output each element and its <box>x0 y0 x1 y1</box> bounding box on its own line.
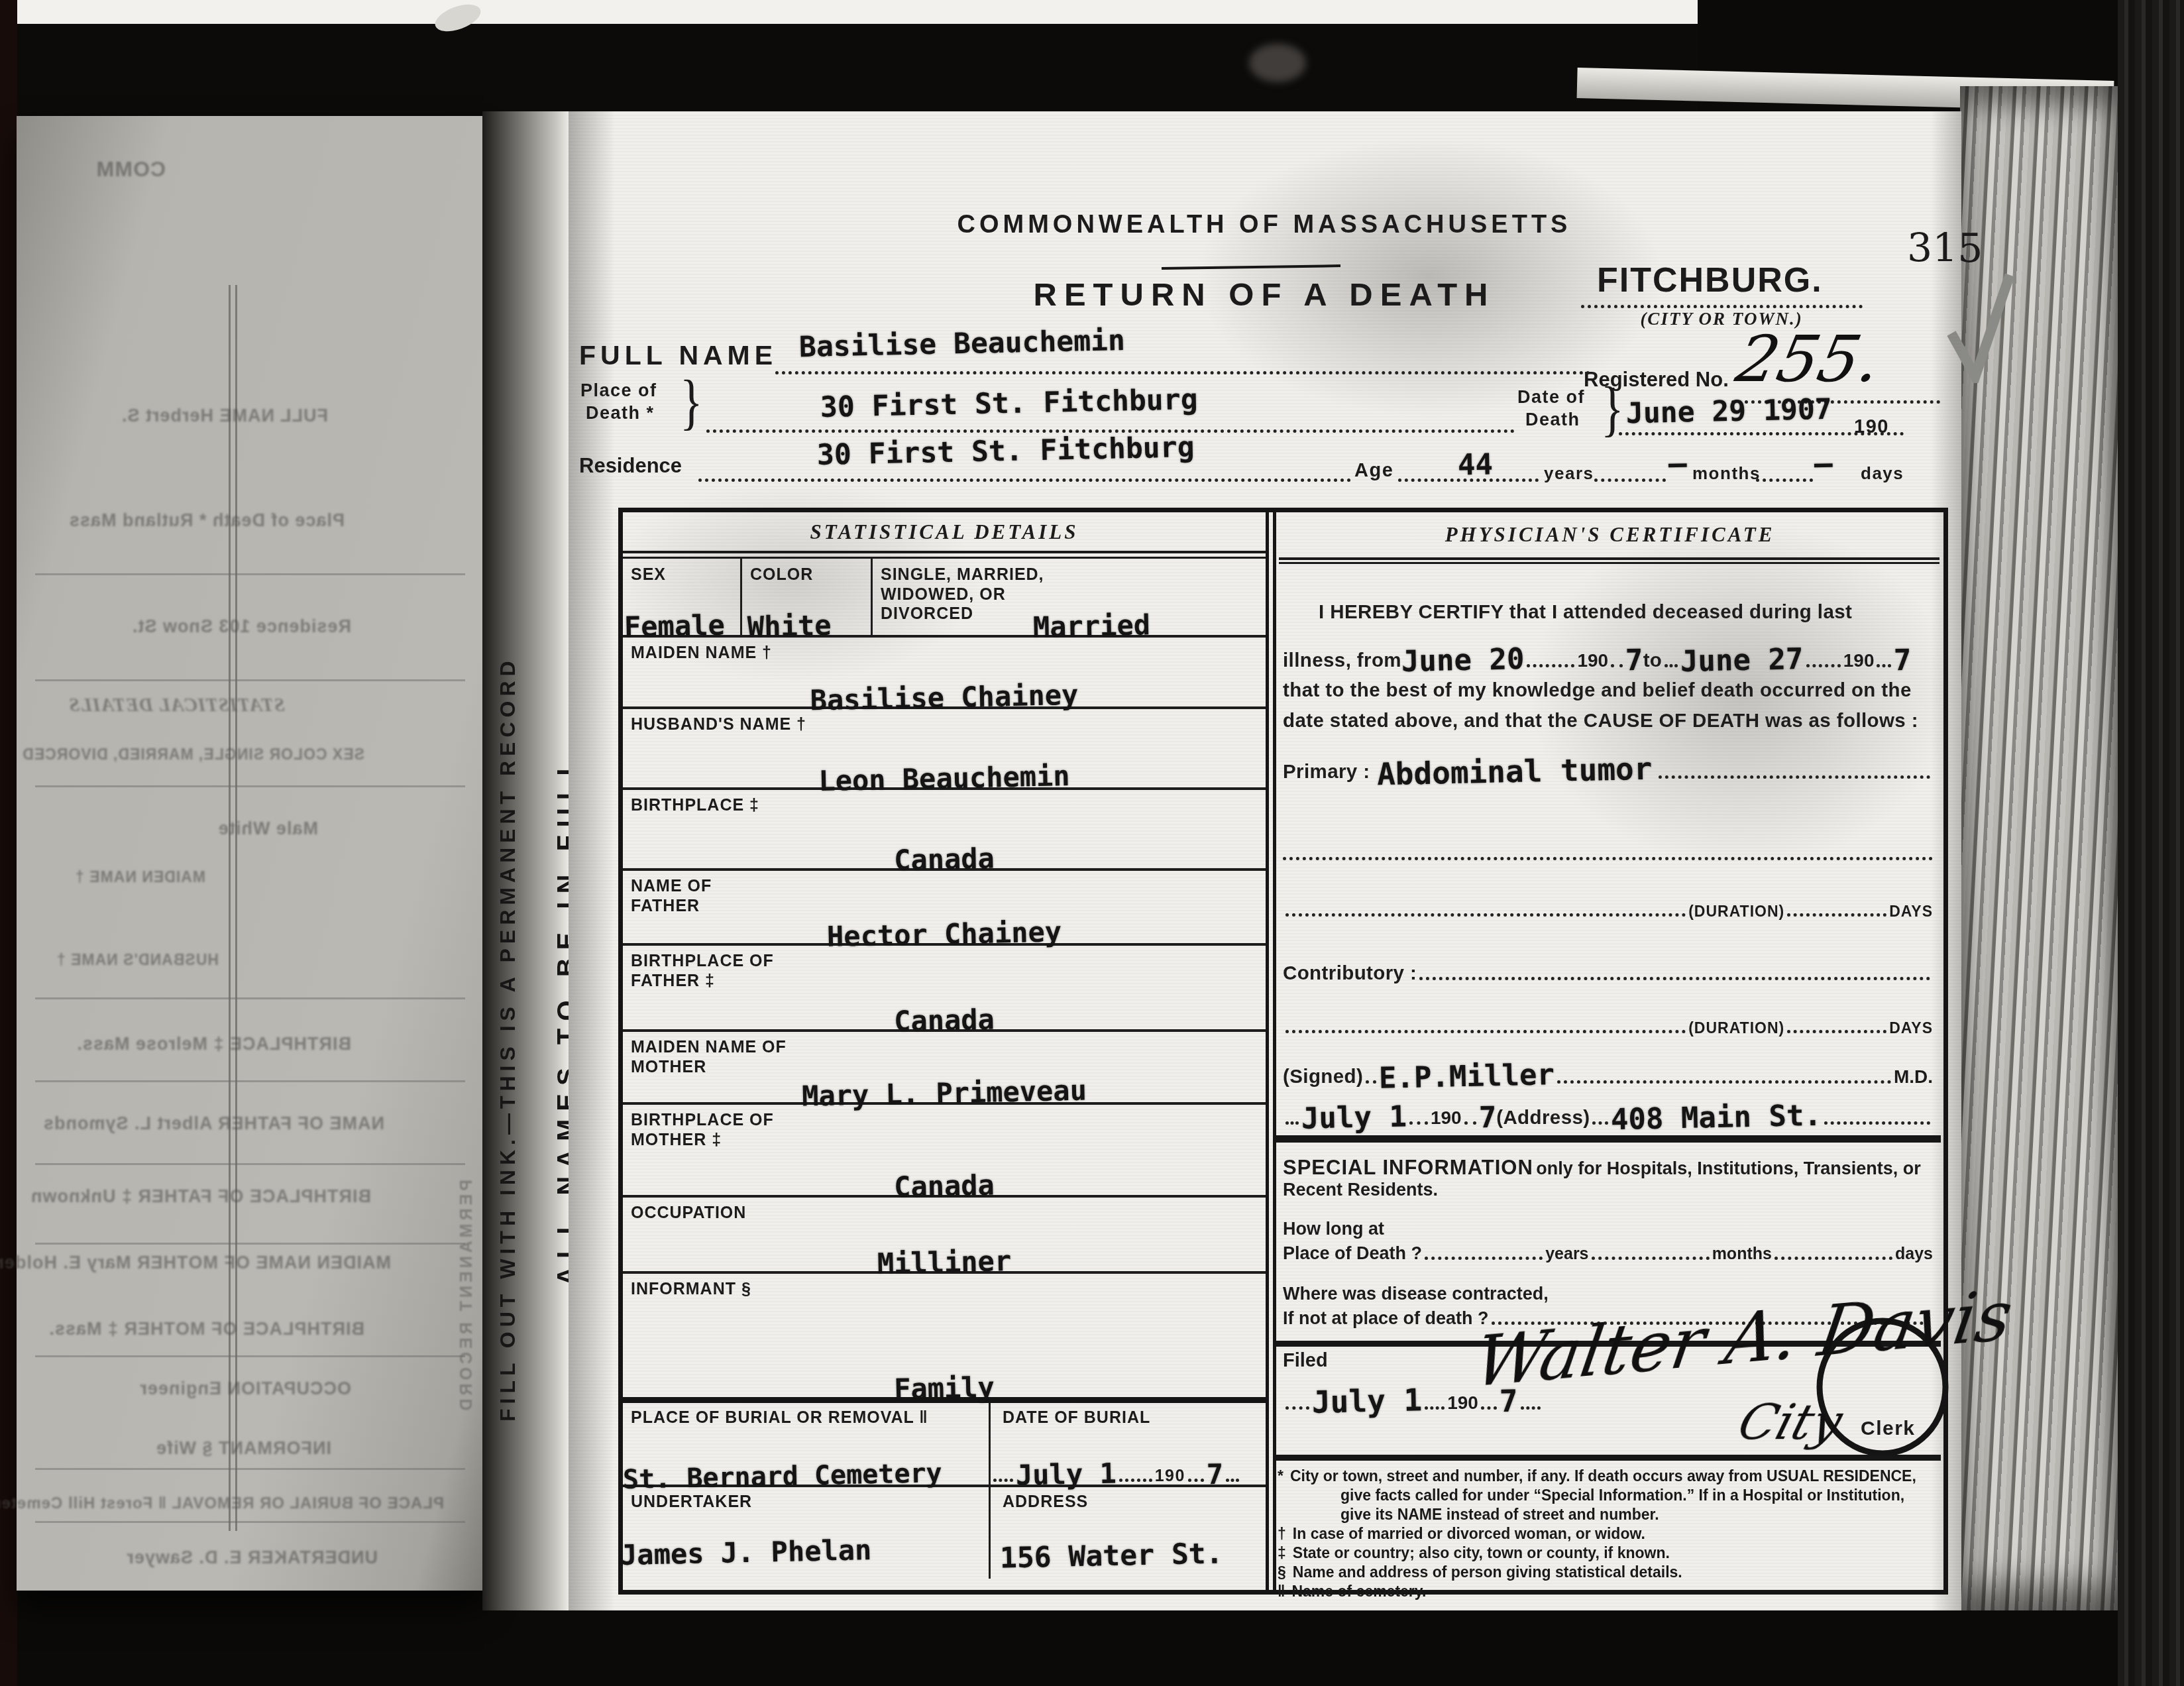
special-information-note: SPECIAL INFORMATION only for Hospitals, … <box>1283 1156 1937 1200</box>
mirrored-text: INFORMANT § Wife <box>156 1438 331 1459</box>
mirrored-text: COMM <box>96 157 166 182</box>
illness-dates-line: illness, from June 20 190 7 to June 27 1… <box>1283 636 1933 674</box>
mirrored-text: SEX COLOR SINGLE, MARRIED, DIVORCED <box>22 746 364 763</box>
special-info-heading: SPECIAL INFORMATION <box>1283 1156 1533 1179</box>
years-label: years <box>1545 1246 1588 1263</box>
place-of-death-value: 30 First St. Fitchburg <box>820 386 1198 422</box>
column-divider <box>1266 512 1276 1590</box>
duration-line-2: (DURATION) DAYS <box>1283 1013 1933 1040</box>
illness-from-date: June 20 <box>1401 645 1525 677</box>
md-label: M.D. <box>1894 1068 1933 1086</box>
mirrored-text: MAIDEN NAME † <box>75 868 205 886</box>
mirrored-text: PLACE OF BURIAL OR REMOVAL ‖ Forest Hill… <box>0 1494 444 1513</box>
color-cell: COLOR White <box>742 559 873 635</box>
filed-date: July 1 <box>1312 1384 1423 1417</box>
undertaker-cell: UNDERTAKER James J. Phelan <box>623 1487 991 1579</box>
color-value: White <box>747 612 832 642</box>
undertaker-row: UNDERTAKER James J. Phelan ADDRESS 156 W… <box>623 1487 1266 1579</box>
age-label: Age <box>1354 460 1393 481</box>
maiden-name-row: MAIDEN NAME † Basilise Chainey <box>623 638 1266 709</box>
where-contracted-label-1: Where was disease contracted, <box>1283 1284 1549 1304</box>
address-value: 156 Water St. <box>1000 1540 1223 1573</box>
gutter-instruction-1: FILL OUT WITH INK.—THIS IS A PERMANENT R… <box>496 656 520 1422</box>
mirrored-text: UNDERTAKER E. D. Sawyer <box>126 1547 378 1568</box>
full-name-label: FULL NAME <box>579 341 777 371</box>
smudge-artifact <box>1249 44 1306 82</box>
how-long-label-2: Place of Death ? <box>1283 1245 1422 1263</box>
footnote: †In case of married or divorced woman, o… <box>1278 1524 1938 1544</box>
marital-cell: SINGLE, MARRIED, WIDOWED, OR DIVORCED Ma… <box>873 559 1266 635</box>
address-label: (Address) <box>1496 1108 1590 1128</box>
years-label: years <box>1544 464 1594 483</box>
field-label: INFORMANT § <box>631 1279 849 1299</box>
burial-date-cell: DATE OF BURIAL July 1 190 7 <box>991 1403 1266 1485</box>
informant-row: INFORMANT § Family <box>623 1274 1266 1403</box>
signed-year: 7 <box>1478 1103 1496 1133</box>
how-long-label-1: How long at <box>1283 1219 1384 1239</box>
scan-top-band <box>0 24 1698 113</box>
gutter-shadow <box>569 111 615 1610</box>
date-of-death-value: June 29 1907 <box>1626 396 1833 428</box>
dotted-line <box>698 478 1351 482</box>
burial-date-line: July 1 190 7 <box>991 1461 1262 1489</box>
burial-place-cell: PLACE OF BURIAL OR REMOVAL ‖ St. Bernard… <box>623 1403 991 1485</box>
field-label: NAME OF FATHER <box>631 876 777 916</box>
statistical-details-column: STATISTICAL DETAILS SEX Female COLOR Whi… <box>623 512 1266 1590</box>
illness-from-year: 7 <box>1625 646 1643 676</box>
physician-name: E.P.Miller <box>1379 1060 1555 1094</box>
signed-date-address-line: July 1 190 7 (Address) 408 Main St. <box>1283 1093 1933 1131</box>
sex-value: Female <box>624 611 726 641</box>
footnote-text: In case of married or divorced woman, or… <box>1293 1525 1645 1542</box>
mother-maiden-row: MAIDEN NAME OF MOTHER Mary L. Primeveau <box>623 1032 1266 1105</box>
clerk-signature-city: City <box>1732 1394 1849 1451</box>
primary-label: Primary : <box>1283 762 1370 782</box>
field-label: MAIDEN NAME OF MOTHER <box>631 1037 796 1077</box>
where-contracted-label-2: If not at place of death ? <box>1283 1310 1489 1327</box>
marital-label-1: SINGLE, MARRIED, <box>881 565 1266 585</box>
field-label: OCCUPATION <box>631 1203 849 1223</box>
marital-label-2: WIDOWED, OR <box>881 585 1266 605</box>
death-certificate-page: COMMONWEALTH OF MASSACHUSETTS RETURN OF … <box>569 111 1961 1610</box>
contributory-line: Contributory : <box>1283 955 1933 987</box>
sex-cell: SEX Female <box>623 559 742 635</box>
footnote-text: Name and address of person giving statis… <box>1293 1563 1682 1581</box>
double-rule <box>1279 557 1939 564</box>
footnote: ‡State or country; also city, town or co… <box>1278 1544 1938 1563</box>
thick-rule <box>1276 1455 1941 1461</box>
page-number: 315 <box>1907 225 1983 272</box>
birthplace-row: BIRTHPLACE ‡ Canada <box>623 790 1266 871</box>
residence-value: 30 First St. Fitchburg <box>817 433 1195 470</box>
primary-cause-line: Primary : Abdominal tumor <box>1283 746 1933 785</box>
signed-label: (Signed) <box>1283 1067 1363 1087</box>
footnote-text: City or town, street and number, if any.… <box>1290 1467 1916 1523</box>
duration-line-1: (DURATION) DAYS <box>1283 897 1933 923</box>
footnote-mark: § <box>1278 1563 1286 1581</box>
illness-from-label: illness, from <box>1283 651 1401 671</box>
residence-label: Residence <box>579 455 682 478</box>
undertaker-value: James J. Phelan <box>620 1536 872 1569</box>
burial-row: PLACE OF BURIAL OR REMOVAL ‖ St. Bernard… <box>623 1403 1266 1487</box>
burial-year-stub: 190 <box>1155 1468 1185 1485</box>
dotted-line <box>1594 478 1666 482</box>
physician-certificate-column: PHYSICIAN'S CERTIFICATE I HEREBY CERTIFY… <box>1276 512 1943 1590</box>
certify-line-2: that to the best of my knowledge and bel… <box>1283 679 1912 702</box>
age-days-value: – <box>1814 448 1833 479</box>
place-of-death-label-1: Place of <box>580 380 657 400</box>
field-value: Canada <box>894 1171 995 1201</box>
signed-line: (Signed) E.P.Miller M.D. <box>1283 1053 1933 1090</box>
mirrored-text: Place of Death * Rutland Mass <box>69 510 345 531</box>
burial-place-label: PLACE OF BURIAL OR REMOVAL ‖ <box>631 1408 989 1428</box>
footnote-mark: ‡ <box>1278 1544 1286 1561</box>
burial-year-value: 7 <box>1207 1461 1224 1489</box>
illness-to-year: 7 <box>1894 646 1912 676</box>
contributory-label: Contributory : <box>1283 964 1417 983</box>
certify-line-1: I HEREBY CERTIFY that I attended decease… <box>1319 601 1852 624</box>
field-value: Family <box>894 1373 995 1403</box>
book-scan-scene: COMM FULL NAME Herbert S. Place of Death… <box>0 0 2184 1686</box>
field-label: BIRTHPLACE OF MOTHER ‡ <box>631 1110 796 1150</box>
mirrored-text: Residence 103 Snow St. <box>132 616 351 637</box>
year-stub: 190 <box>1577 651 1608 670</box>
footnote-mark: † <box>1278 1525 1286 1542</box>
duration-label: (DURATION) <box>1688 904 1784 919</box>
physician-address: 408 Main St. <box>1611 1101 1822 1135</box>
footnote-mark: * <box>1278 1467 1283 1485</box>
age-months-value: – <box>1668 448 1688 479</box>
mirrored-text: BIRTHPLACE OF FATHER ‡ Unknown <box>30 1186 371 1207</box>
illness-to-date: June 27 <box>1680 645 1804 677</box>
year-stub: 190 <box>1854 416 1889 437</box>
scan-right-band <box>2118 0 2184 1686</box>
signed-date: July 1 <box>1301 1102 1407 1133</box>
dotted-line <box>775 371 1590 374</box>
mirrored-bleedthrough: COMM FULL NAME Herbert S. Place of Death… <box>17 116 484 1591</box>
mother-birthplace-row: BIRTHPLACE OF MOTHER ‡ Canada <box>623 1105 1266 1198</box>
mirrored-text: BIRTHPLACE ‡ Melrose Mass. <box>76 1034 351 1054</box>
husband-name-row: HUSBAND'S NAME † Leon Beauchemin <box>623 709 1266 790</box>
footnote: §Name and address of person giving stati… <box>1278 1563 1938 1582</box>
footnote-mark: ‖ <box>1278 1583 1285 1600</box>
physician-certificate-heading: PHYSICIAN'S CERTIFICATE <box>1276 523 1943 547</box>
thick-rule <box>1276 1135 1941 1143</box>
dotted-line <box>1581 305 1863 308</box>
city-name: FITCHBURG. <box>1597 261 1823 300</box>
burial-date-value: July 1 <box>1016 1459 1117 1489</box>
marital-value: Married <box>1033 611 1151 642</box>
mirrored-text: NAME OF FATHER Albert L. Symonds <box>43 1113 384 1134</box>
footnotes: *City or town, street and number, if any… <box>1278 1467 1938 1601</box>
registered-no-value: 255. <box>1730 322 1888 396</box>
father-birthplace-row: BIRTHPLACE OF FATHER ‡ Canada <box>623 946 1266 1032</box>
mirrored-text: Male White <box>218 818 318 839</box>
mirrored-text: BIRTHPLACE OF MOTHER ‡ Mass. <box>48 1319 364 1339</box>
mirrored-text: OCCUPATION Engineer <box>139 1378 351 1399</box>
mirrored-text: FULL NAME Herbert S. <box>121 406 328 426</box>
date-of-death-label-2: Death <box>1525 410 1580 429</box>
dotted-line <box>1756 478 1813 482</box>
footnote-text: State or country; also city, town or cou… <box>1293 1544 1670 1561</box>
year-stub: 190 <box>1843 651 1875 670</box>
clerk-label: Clerk <box>1861 1418 1916 1440</box>
days-label: DAYS <box>1889 1021 1933 1036</box>
months-label: months <box>1712 1246 1772 1263</box>
father-name-row: NAME OF FATHER Hector Chainey <box>623 871 1266 946</box>
undertaker-label: UNDERTAKER <box>631 1492 989 1512</box>
mirrored-text: STATISTICAL DETAILS <box>68 695 285 716</box>
left-page: COMM FULL NAME Herbert S. Place of Death… <box>17 116 484 1591</box>
certificate-table: STATISTICAL DETAILS SEX Female COLOR Whi… <box>618 508 1948 1595</box>
age-years-value: 44 <box>1458 450 1494 480</box>
field-label: MAIDEN NAME † <box>631 643 849 663</box>
footnote-text: Name of cemetery. <box>1291 1583 1426 1600</box>
sex-color-marital-row: SEX Female COLOR White SINGLE, MARRIED, … <box>623 557 1266 638</box>
field-label: HUSBAND'S NAME † <box>631 714 849 734</box>
field-label: BIRTHPLACE ‡ <box>631 795 849 815</box>
mirrored-text: HUSBAND'S NAME † <box>56 951 219 969</box>
field-value: Canada <box>894 844 995 874</box>
footnote: *City or town, street and number, if any… <box>1278 1467 1938 1524</box>
field-value: Canada <box>894 1005 995 1035</box>
undertaker-address-cell: ADDRESS 156 Water St. <box>991 1487 1266 1579</box>
color-label: COLOR <box>750 565 871 585</box>
filed-label: Filed <box>1283 1350 1328 1372</box>
footnote: ‖Name of cemetery. <box>1278 1582 1938 1601</box>
scan-left-band <box>0 0 17 1686</box>
duration-label: (DURATION) <box>1688 1021 1784 1036</box>
date-of-death-label-1: Date of <box>1517 387 1585 407</box>
primary-cause-value: Abdominal tumor <box>1376 754 1652 790</box>
full-name-value: Basilise Beauchemin <box>799 327 1126 362</box>
statistical-details-heading: STATISTICAL DETAILS <box>623 512 1266 553</box>
certify-line-3: date stated above, and that the CAUSE OF… <box>1283 710 1918 732</box>
place-of-death-label-2: Death * <box>586 403 655 423</box>
how-long-line: Place of Death ? years months days <box>1283 1240 1933 1266</box>
field-label: BIRTHPLACE OF FATHER ‡ <box>631 951 796 991</box>
burial-date-label: DATE OF BURIAL <box>1003 1408 1266 1428</box>
year-stub: 190 <box>1431 1109 1462 1127</box>
occupation-row: OCCUPATION Milliner <box>623 1198 1266 1274</box>
checkmark-icon <box>1943 267 2016 383</box>
commonwealth-heading: COMMONWEALTH OF MASSACHUSETTS <box>754 211 1774 239</box>
dotted-line <box>1283 857 1933 860</box>
months-label: months <box>1692 464 1761 483</box>
scan-top-margin <box>0 0 1698 24</box>
days-label: days <box>1861 464 1904 483</box>
brace-glyph: } <box>680 367 703 439</box>
days-label: DAYS <box>1889 904 1933 919</box>
sex-label: SEX <box>631 565 740 585</box>
mirrored-text: MAIDEN NAME OF MOTHER Mary E. Holden <box>0 1253 391 1273</box>
spine-bleed-text: PERMANENT RECORD <box>457 1180 476 1414</box>
days-label: days <box>1895 1246 1933 1263</box>
address-label: ADDRESS <box>1003 1492 1266 1512</box>
to-label: to <box>1643 651 1663 671</box>
